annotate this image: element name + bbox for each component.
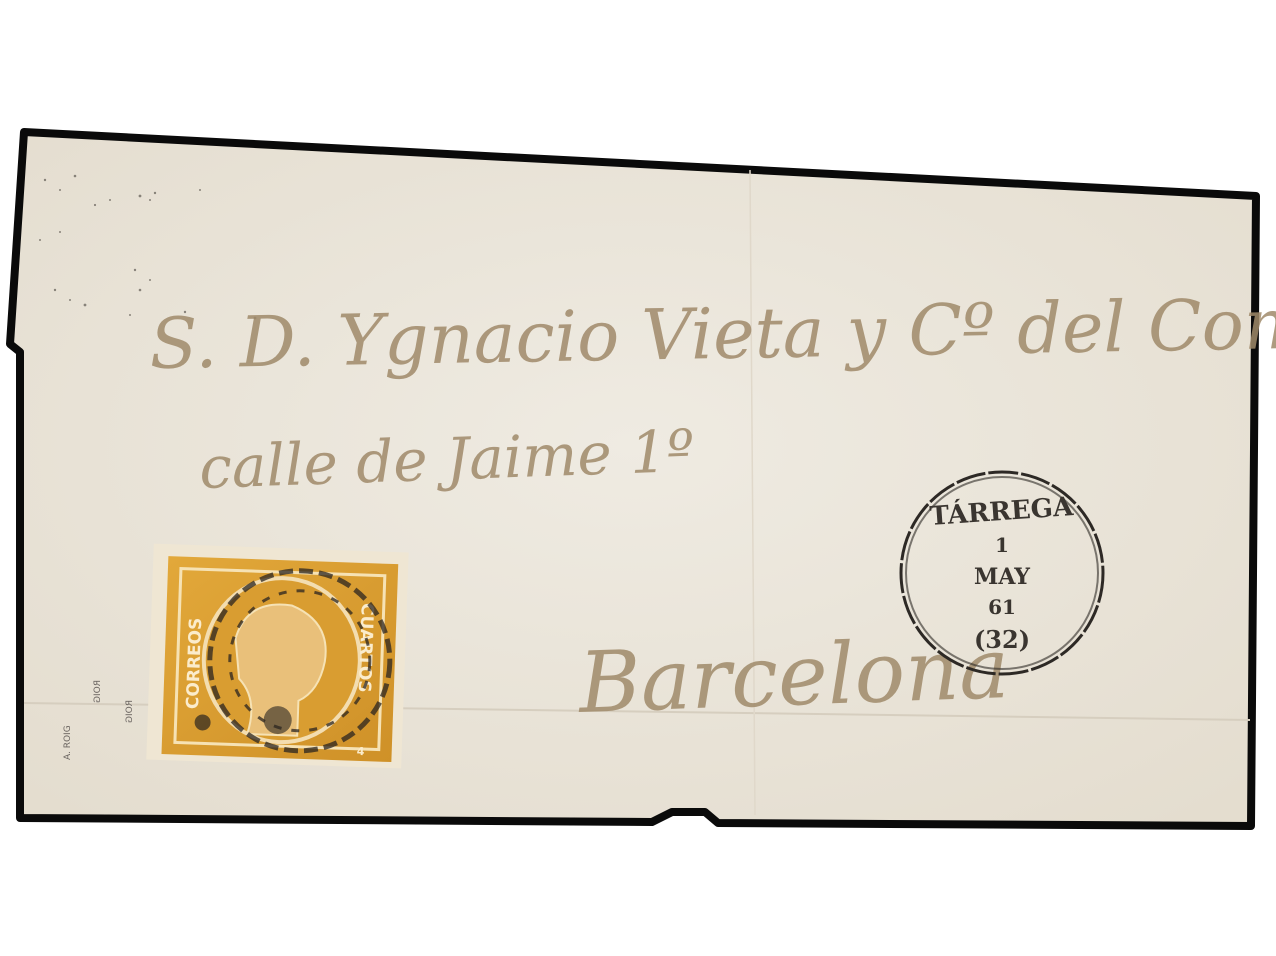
handstamp-line-2: ROIG <box>93 680 103 703</box>
handstamp-line-3: ROIG <box>125 700 135 723</box>
stamp-right-label: CUARTOS <box>354 603 377 693</box>
postage-stamp: CORREOS CUARTOS 4 <box>146 544 408 769</box>
handstamp-line-1: A. ROIG <box>63 725 73 760</box>
postmark-province: (32) <box>974 625 1030 654</box>
postmark-year: 61 <box>988 595 1016 619</box>
postmark-day: 1 <box>995 533 1009 557</box>
postmark-month: MAY <box>974 564 1030 590</box>
postal-cover-scene: S. D. Ygnacio Vieta y Cº del Comºe calle… <box>0 0 1276 956</box>
stamp-left-label: CORREOS <box>183 617 206 709</box>
address-line-3: Barcelona <box>575 619 1011 732</box>
stamp-value: 4 <box>356 745 364 758</box>
